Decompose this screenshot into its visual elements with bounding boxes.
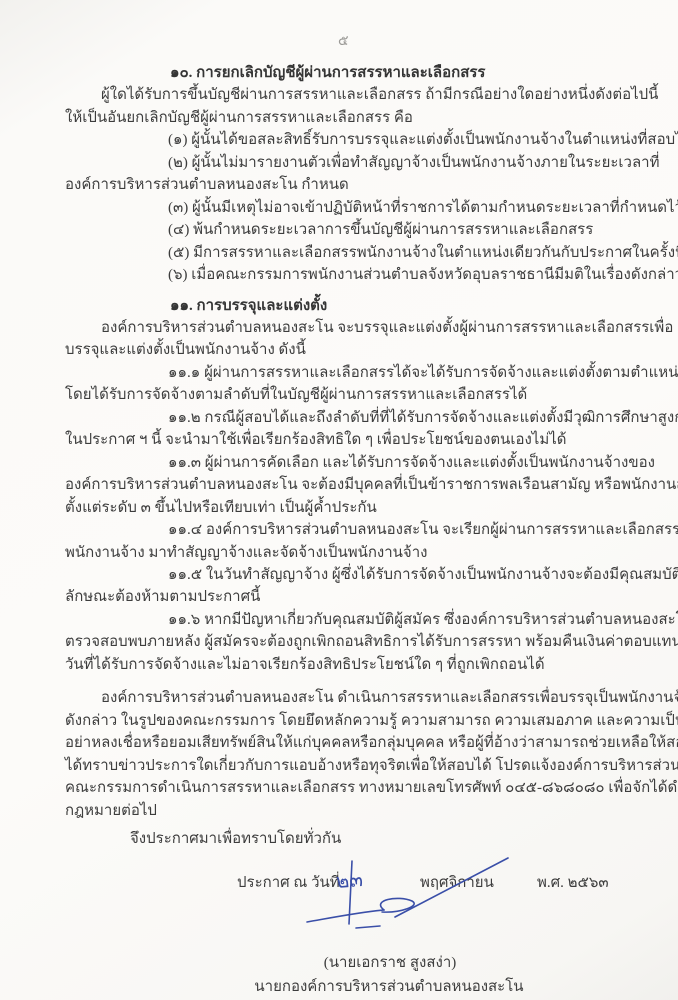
signer-title: นายกองค์การบริหารส่วนตำบลหนองสะโน bbox=[189, 974, 589, 998]
scanned-document-page: ๕ ๑๐. การยกเลิกบัญชีผู้ผ่านการสรรหาและเล… bbox=[0, 0, 678, 1000]
list-item: (๒) ผู้นั้นไม่มารายงานตัวเพื่อทำสัญญาจ้า… bbox=[168, 152, 625, 174]
list-item: ๑๑.๑ ผู้ผ่านการสรรหาและเลือกสรรได้จะได้ร… bbox=[168, 362, 625, 384]
document-line: โดยได้รับการจัดจ้างตามลำดับที่ในบัญชีผู้… bbox=[65, 384, 625, 406]
list-item: ๑๑.๖ หากมีปัญหาเกี่ยวกับคุณสมบัติผู้สมัค… bbox=[168, 609, 625, 631]
document-line: ตรวจสอบพบภายหลัง ผู้สมัครจะต้องถูกเพิกถอ… bbox=[65, 631, 625, 653]
page-number: ๕ bbox=[338, 30, 349, 52]
list-item: (๓) ผู้นั้นมีเหตุไม่อาจเข้าปฏิบัติหน้าที… bbox=[168, 197, 625, 219]
issued-era-year: พ.ศ. ๒๕๖๓ bbox=[537, 870, 609, 894]
document-line: บรรจุและแต่งตั้งเป็นพนักงานจ้าง ดังนี้ bbox=[65, 339, 625, 361]
list-item: (๔) พ้นกำหนดระยะเวลาการขึ้นบัญชีผู้ผ่านก… bbox=[168, 219, 625, 241]
document-line: ได้ทราบข่าวประการใดเกี่ยวกับการแอบอ้างหร… bbox=[65, 755, 625, 777]
signer-name: (นายเอกราช สูงสง่า) bbox=[240, 950, 540, 974]
closing-statement: จึงประกาศมาเพื่อทราบโดยทั่วกัน bbox=[130, 828, 625, 850]
document-line: ดังกล่าว ในรูปของคณะกรรมการ โดยยึดหลักคว… bbox=[65, 710, 625, 732]
document-line: องค์การบริหารส่วนตำบลหนองสะโน จะบรรจุและ… bbox=[101, 317, 625, 339]
document-line: คณะกรรมการดำเนินการสรรหาและเลือกสรร ทางห… bbox=[65, 777, 625, 799]
document-line: พนักงานจ้าง มาทำสัญญาจ้างและจัดจ้างเป็นพ… bbox=[65, 542, 625, 564]
document-line: อย่าหลงเชื่อหรือยอมเสียทรัพย์สินให้แก่บุ… bbox=[65, 732, 625, 754]
document-line: องค์การบริหารส่วนตำบลหนองสะโน ดำเนินการส… bbox=[101, 687, 625, 709]
list-item: ๑๑.๕ ในวันทำสัญญาจ้าง ผู้ซึ่งได้รับการจั… bbox=[168, 564, 625, 586]
list-item: (๕) มีการสรรหาและเลือกสรรพนักงานจ้างในตำ… bbox=[168, 242, 625, 264]
document-line: องค์การบริหารส่วนตำบลหนองสะโน จะต้องมีบุ… bbox=[65, 474, 625, 496]
document-line: วันที่ได้รับการจัดจ้างและไม่อาจเรียกร้อง… bbox=[65, 654, 625, 676]
document-line: ผู้ใดได้รับการขึ้นบัญชีผ่านการสรรหาและเล… bbox=[101, 84, 625, 106]
document-body: ๑๐. การยกเลิกบัญชีผู้ผ่านการสรรหาและเลือ… bbox=[65, 62, 625, 850]
document-line: กฎหมายต่อไป bbox=[65, 800, 625, 822]
section-10-heading: ๑๐. การยกเลิกบัญชีผู้ผ่านการสรรหาและเลือ… bbox=[170, 62, 625, 84]
list-item: ๑๑.๒ กรณีผู้สอบได้และถึงลำดับที่ที่ได้รั… bbox=[168, 407, 625, 429]
document-line: ลักษณะต้องห้ามตามประกาศนี้ bbox=[65, 586, 625, 608]
list-item: ๑๑.๓ ผู้ผ่านการคัดเลือก และได้รับการจัดจ… bbox=[168, 452, 625, 474]
signature-ink-icon bbox=[270, 850, 530, 942]
document-line: องค์การบริหารส่วนตำบลหนองสะโน กำหนด bbox=[65, 174, 625, 196]
document-line: ให้เป็นอันยกเลิกบัญชีผู้ผ่านการสรรหาและเ… bbox=[65, 107, 625, 129]
section-11-heading: ๑๑. การบรรจุและแต่งตั้ง bbox=[170, 295, 625, 317]
list-item: (๑) ผู้นั้นได้ขอสละสิทธิ์รับการบรรจุและแ… bbox=[168, 129, 625, 151]
list-item: (๖) เมื่อคณะกรรมการพนักงานส่วนตำบลจังหวั… bbox=[168, 264, 625, 286]
document-line: ตั้งแต่ระดับ ๓ ขึ้นไปหรือเทียบเท่า เป็นผ… bbox=[65, 497, 625, 519]
list-item: ๑๑.๔ องค์การบริหารส่วนตำบลหนองสะโน จะเรี… bbox=[168, 519, 625, 541]
document-line: ในประกาศ ฯ นี้ จะนำมาใช้เพื่อเรียกร้องสิ… bbox=[65, 429, 625, 451]
